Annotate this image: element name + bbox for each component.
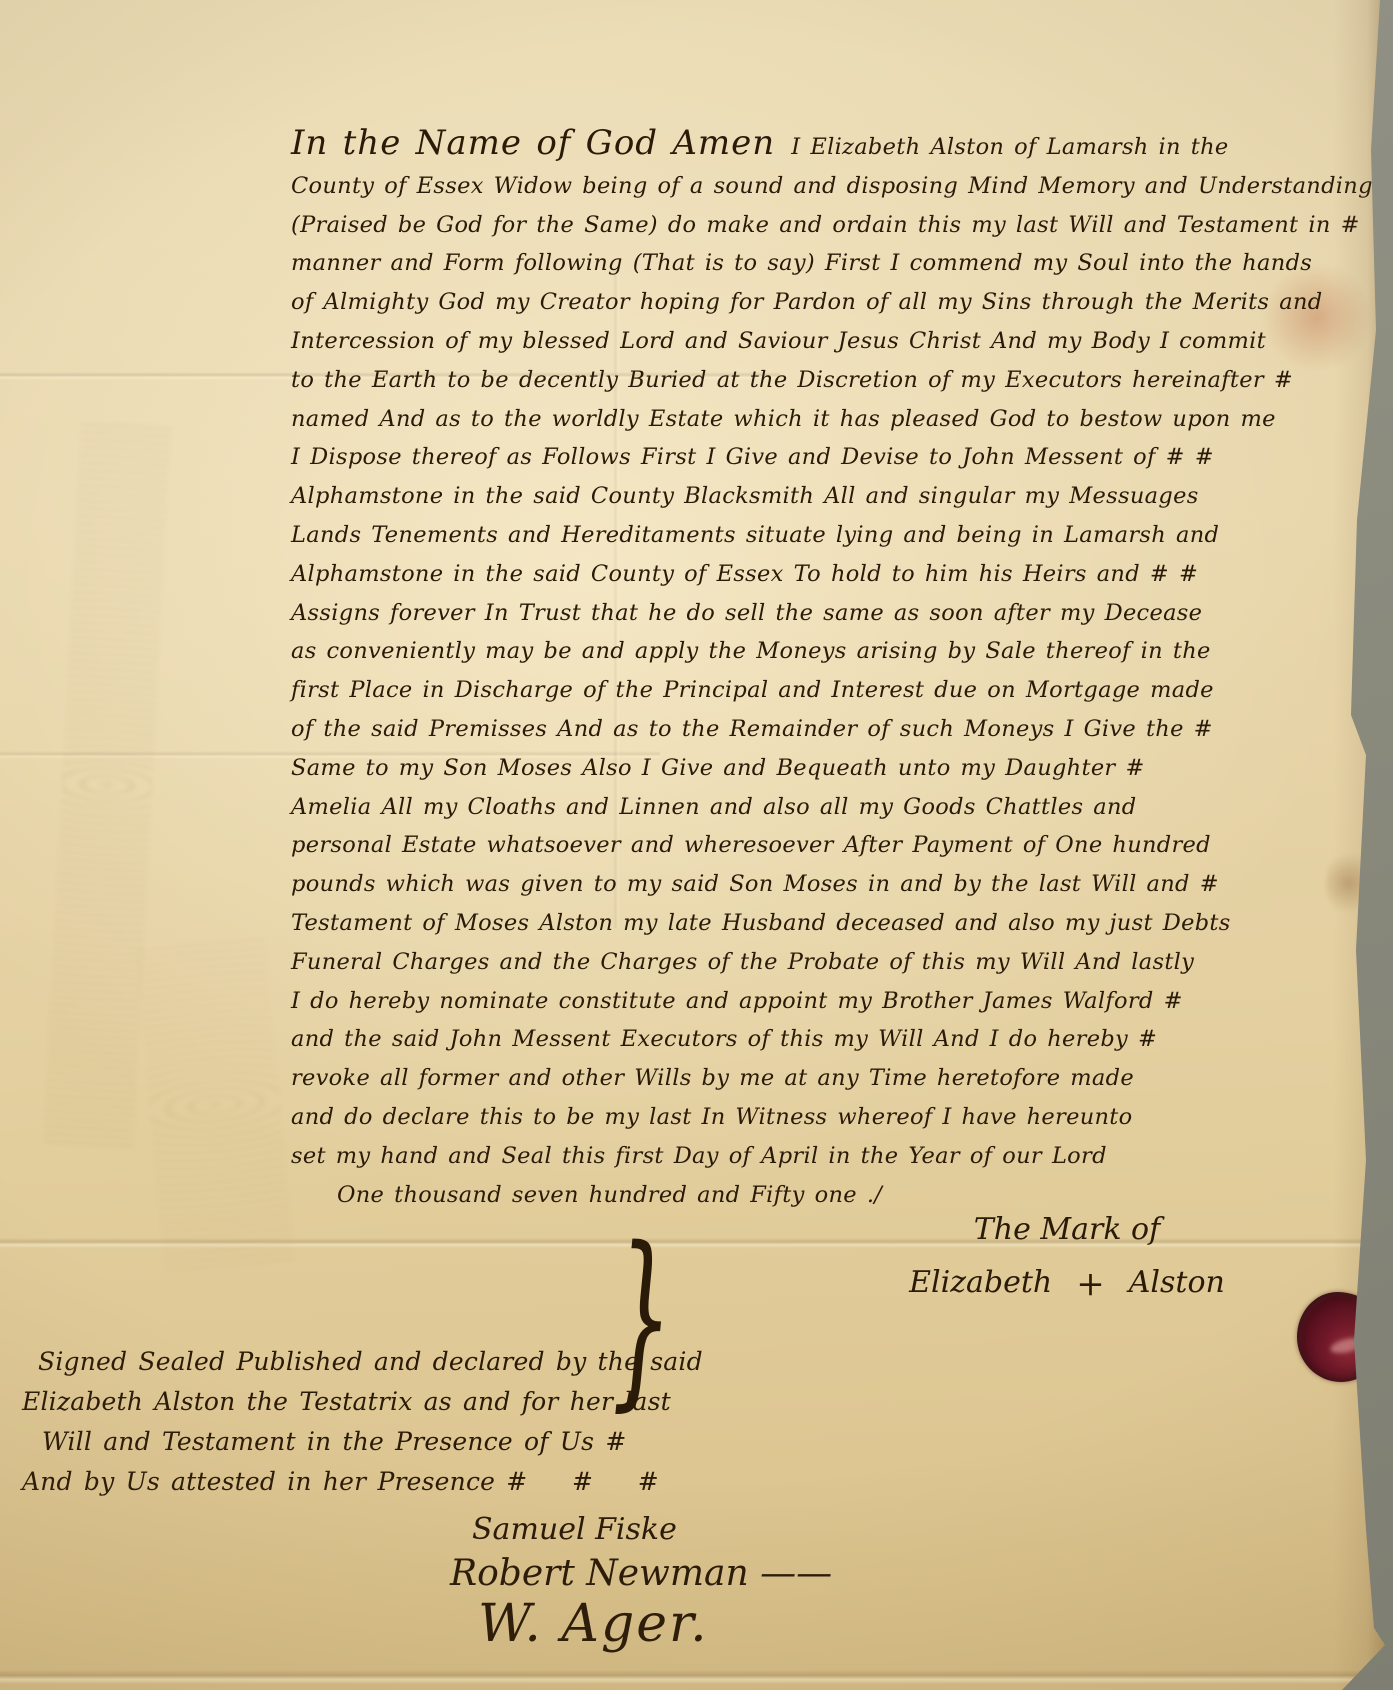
opening-phrase: In the Name of God Amen — [291, 123, 775, 163]
attestation-line: Signed Sealed Published and declared by … — [38, 1342, 703, 1382]
mark-name-right: Alston — [1129, 1265, 1225, 1300]
edge-smudge — [1326, 848, 1370, 918]
will-line: named And as to the worldly Estate which… — [291, 400, 1281, 439]
will-line: manner and Form following (That is to sa… — [291, 244, 1281, 283]
will-line: personal Estate whatsoever and wheresoev… — [291, 826, 1281, 865]
will-line: and do declare this to be my last In Wit… — [291, 1098, 1281, 1137]
will-line: Testament of Moses Alston my late Husban… — [291, 904, 1281, 943]
will-line-text: I Elizabeth Alston of Lamarsh in the — [791, 134, 1228, 160]
attestation-block: Signed Sealed Published and declared by … — [22, 1342, 703, 1502]
attestation-line: And by Us attested in her Presence # # # — [22, 1462, 703, 1502]
will-body-text: In the Name of God AmenI Elizabeth Alsto… — [291, 124, 1281, 1214]
wax-seal-highlight — [1329, 1335, 1365, 1356]
will-line: of Almighty God my Creator hoping for Pa… — [291, 283, 1281, 322]
will-line: Intercession of my blessed Lord and Savi… — [291, 322, 1281, 361]
photo-backdrop: { "page": { "description_title": "Handwr… — [0, 0, 1393, 1690]
mark-name-line: Elizabeth+Alston — [892, 1261, 1242, 1301]
will-line: County of Essex Widow being of a sound a… — [291, 167, 1281, 206]
will-line: In the Name of God AmenI Elizabeth Alsto… — [291, 124, 1281, 167]
will-line: (Praised be God for the Same) do make an… — [291, 206, 1281, 245]
will-line: Alphamstone in the said County Blacksmit… — [291, 477, 1281, 516]
will-line: Alphamstone in the said County of Essex … — [291, 555, 1281, 594]
will-line: I Dispose thereof as Follows First I Giv… — [291, 438, 1281, 477]
attestation-line: Will and Testament in the Presence of Us… — [42, 1422, 703, 1462]
attestation-line: Elizabeth Alston the Testatrix as and fo… — [22, 1382, 703, 1422]
testatrix-mark-block: The Mark of Elizabeth+Alston — [892, 1212, 1242, 1301]
will-line: Same to my Son Moses Also I Give and Beq… — [291, 749, 1281, 788]
attestation-brace: } — [612, 1238, 672, 1398]
parchment-paper: In the Name of God AmenI Elizabeth Alsto… — [0, 0, 1393, 1690]
will-line: as conveniently may be and apply the Mon… — [291, 632, 1281, 671]
will-line: Lands Tenements and Hereditaments situat… — [291, 516, 1281, 555]
mark-name-left: Elizabeth — [909, 1265, 1052, 1300]
will-line: I do hereby nominate constitute and appo… — [291, 982, 1281, 1021]
witness-signature-samuel-fiske: Samuel Fiske — [472, 1512, 677, 1547]
wax-seal — [1297, 1292, 1385, 1382]
will-line: Assigns forever In Trust that he do sell… — [291, 594, 1281, 633]
fold-crease — [0, 1670, 1393, 1684]
will-line: Amelia All my Cloaths and Linnen and als… — [291, 788, 1281, 827]
mark-caption: The Mark of — [892, 1212, 1242, 1247]
will-line: first Place in Discharge of the Principa… — [291, 671, 1281, 710]
will-line: pounds which was given to my said Son Mo… — [291, 865, 1281, 904]
will-line: of the said Premisses And as to the Rema… — [291, 710, 1281, 749]
witness-signature-w-ager: W. Ager. — [478, 1594, 709, 1654]
will-line: Funeral Charges and the Charges of the P… — [291, 943, 1281, 982]
bleed-through-writing — [136, 935, 294, 1275]
will-line: One thousand seven hundred and Fifty one… — [337, 1176, 1281, 1215]
bleed-through-writing — [43, 418, 171, 1152]
will-line: to the Earth to be decently Buried at th… — [291, 361, 1281, 400]
will-line: revoke all former and other Wills by me … — [291, 1059, 1281, 1098]
mark-cross: + — [1052, 1264, 1129, 1304]
will-line: and the said John Messent Executors of t… — [291, 1020, 1281, 1059]
witness-signature-robert-newman: Robert Newman —— — [450, 1553, 832, 1594]
will-line: set my hand and Seal this first Day of A… — [291, 1137, 1281, 1176]
